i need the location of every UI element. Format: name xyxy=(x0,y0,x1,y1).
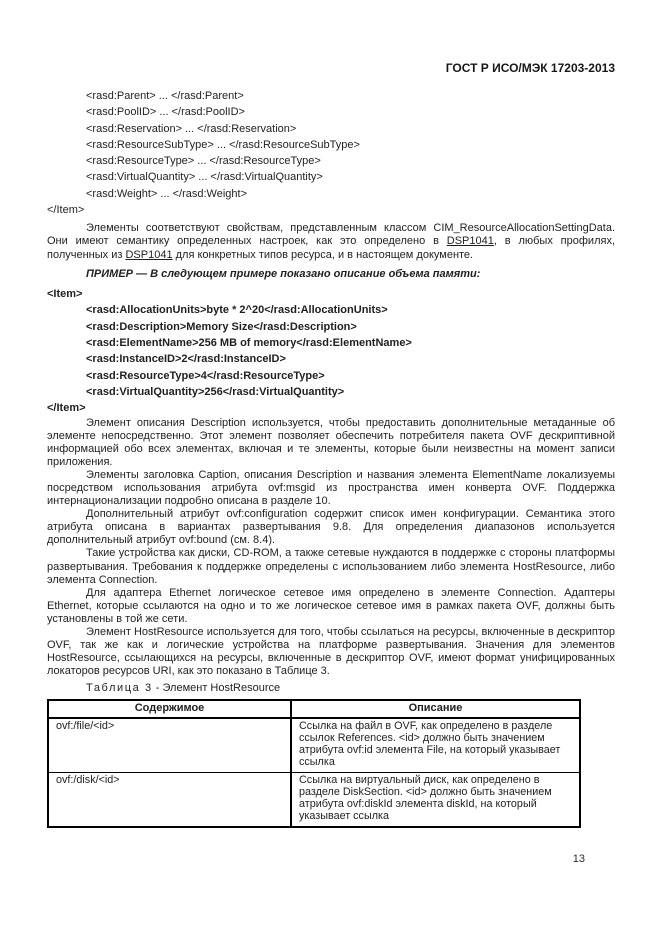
document-page: ГОСТ Р ИСО/МЭК 17203-2013 <rasd:Parent> … xyxy=(0,0,661,936)
code-line-opening-item: <Item> xyxy=(47,286,615,302)
paragraph-configuration-attribute: Дополнительный атрибут ovf:configuration… xyxy=(47,508,615,547)
xml-listing-rasd-elements: <rasd:Parent> ... </rasd:Parent> <rasd:P… xyxy=(47,88,615,218)
table-header-row: Содержимое Описание xyxy=(48,700,580,718)
cell-description: Ссылка на файл в OVF, как определено в р… xyxy=(291,718,580,772)
table-row: ovf:/disk/<id> Ссылка на виртуальный дис… xyxy=(48,773,580,827)
code-line: <rasd:VirtualQuantity>256</rasd:VirtualQ… xyxy=(47,384,615,400)
code-line: <rasd:AllocationUnits>byte * 2^20</rasd:… xyxy=(47,302,615,318)
cell-content: ovf:/file/<id> xyxy=(48,718,291,772)
code-line: <rasd:ResourceSubType> ... </rasd:Resour… xyxy=(47,137,615,153)
table-caption: Таблица 3 - Элемент HostResource xyxy=(47,682,615,695)
code-line: <rasd:ElementName>256 MB of memory</rasd… xyxy=(47,335,615,351)
code-line: <rasd:Weight> ... </rasd:Weight> xyxy=(47,186,615,202)
paragraph-description-element: Элемент описания Description используетс… xyxy=(47,417,615,469)
dsp1041-link[interactable]: DSP1041 xyxy=(125,249,172,261)
code-line: <rasd:Reservation> ... </rasd:Reservatio… xyxy=(47,121,615,137)
table-caption-title: - Элемент HostResource xyxy=(153,682,280,694)
page-content: ГОСТ Р ИСО/МЭК 17203-2013 <rasd:Parent> … xyxy=(0,0,661,828)
cell-description: Ссылка на виртуальный диск, как определе… xyxy=(291,773,580,827)
paragraph-hostresource: Элемент HostResource используется для то… xyxy=(47,626,615,678)
code-line: <rasd:Description>Memory Size</rasd:Desc… xyxy=(47,319,615,335)
xml-example-memory: <Item> <rasd:AllocationUnits>byte * 2^20… xyxy=(47,286,615,416)
paragraph-text: для конкретных типов ресурса, и в настоя… xyxy=(173,249,474,261)
code-line-closing-item: </Item> xyxy=(47,202,615,218)
code-line: <rasd:Parent> ... </rasd:Parent> xyxy=(47,88,615,104)
example-label: ПРИМЕР — В следующем примере показано оп… xyxy=(47,268,615,282)
code-line: <rasd:InstanceID>2</rasd:InstanceID> xyxy=(47,351,615,367)
dsp1041-link[interactable]: DSP1041 xyxy=(447,235,494,247)
table-caption-number: Таблица 3 xyxy=(86,682,153,694)
standard-number-header: ГОСТ Р ИСО/МЭК 17203-2013 xyxy=(47,61,615,75)
code-line: <rasd:PoolID> ... </rasd:PoolID> xyxy=(47,104,615,120)
hostresource-table: Содержимое Описание ovf:/file/<id> Ссылк… xyxy=(47,699,581,827)
code-line: <rasd:ResourceType>4</rasd:ResourceType> xyxy=(47,368,615,384)
table-row: ovf:/file/<id> Ссылка на файл в OVF, как… xyxy=(48,718,580,772)
paragraph-device-support: Такие устройства как диски, CD-ROM, а та… xyxy=(47,547,615,586)
code-line: <rasd:VirtualQuantity> ... </rasd:Virtua… xyxy=(47,169,615,185)
paragraph-ethernet-adapter: Для адаптера Ethernet логическое сетевое… xyxy=(47,587,615,626)
code-line-closing-item: </Item> xyxy=(47,400,615,416)
page-number: 13 xyxy=(573,853,585,866)
column-header-content: Содержимое xyxy=(48,700,291,718)
cell-content: ovf:/disk/<id> xyxy=(48,773,291,827)
column-header-description: Описание xyxy=(291,700,580,718)
code-line: <rasd:ResourceType> ... </rasd:ResourceT… xyxy=(47,153,615,169)
paragraph-localization: Элементы заголовка Caption, описания Des… xyxy=(47,469,615,508)
paragraph-resource-allocation: Элементы соответствуют свойствам, предст… xyxy=(47,222,615,261)
